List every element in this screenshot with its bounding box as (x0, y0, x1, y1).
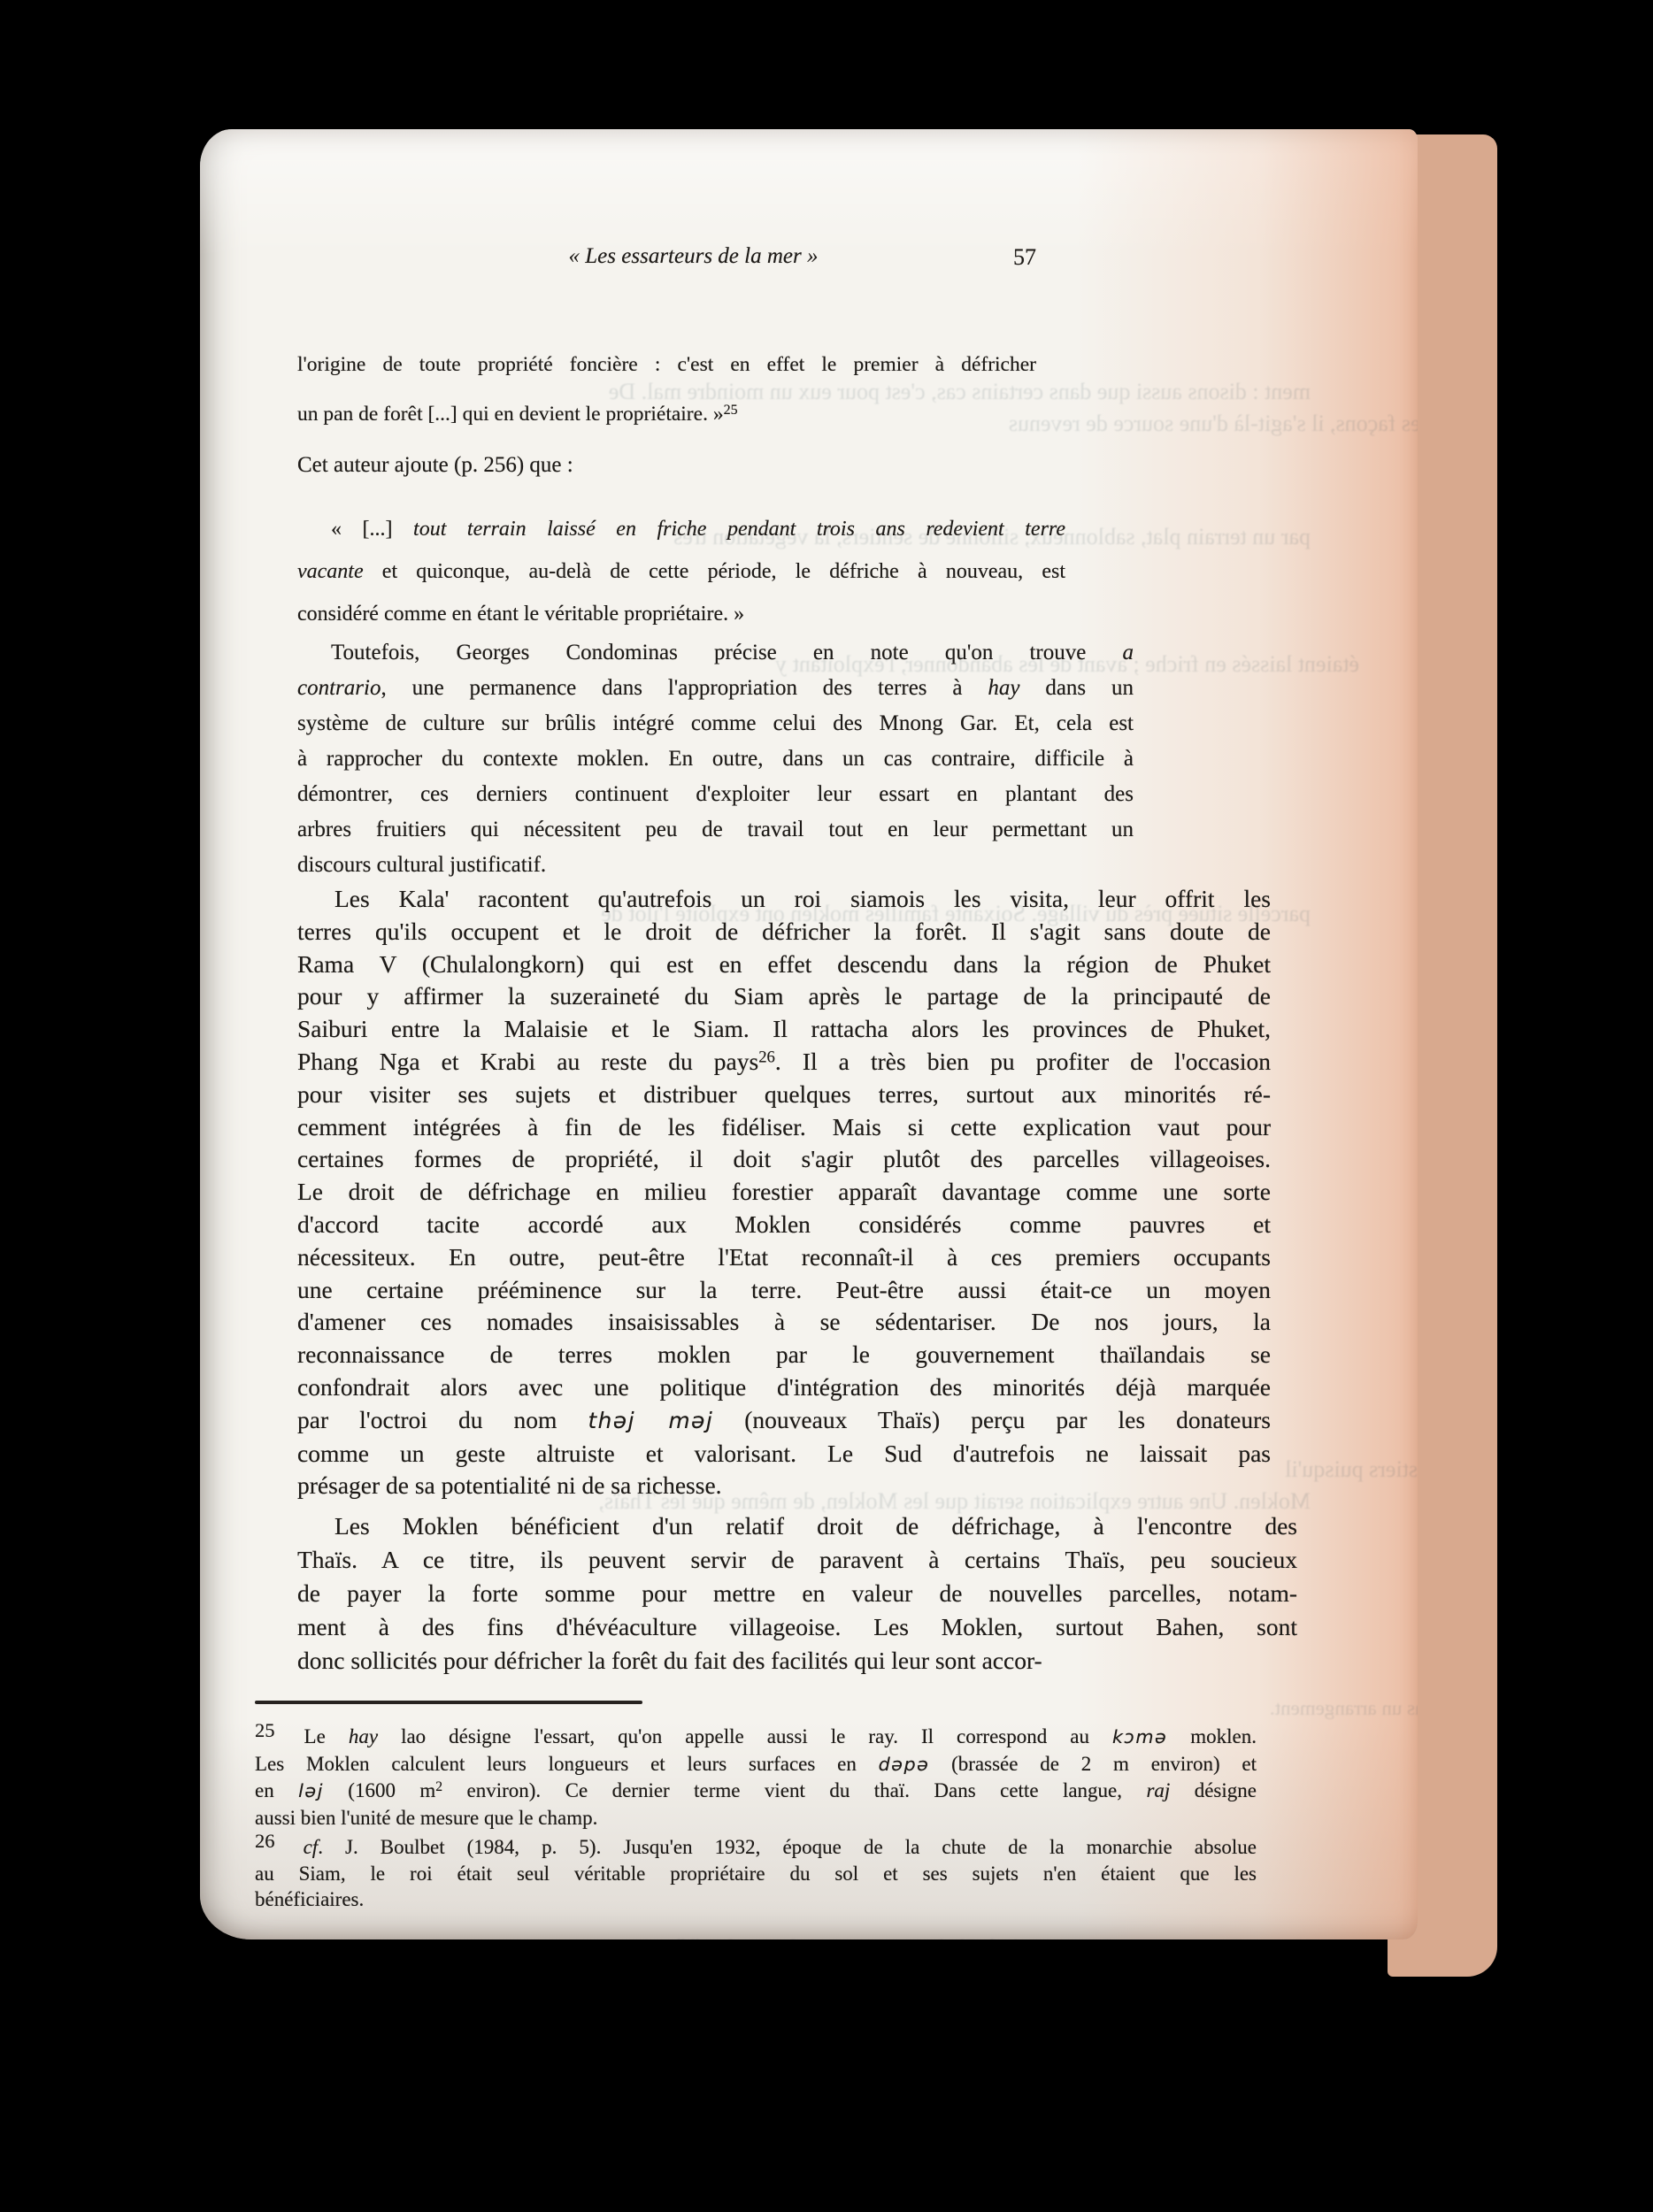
text-line: « [...] tout terrain laissé en friche pe… (297, 508, 1065, 550)
text-line: Thaïs. A ce titre, ils peuvent servir de… (297, 1543, 1297, 1577)
text-line: Les Kala' racontent qu'autrefois un roi … (297, 883, 1271, 916)
text-line: au Siam, le roi était seul véritable pro… (255, 1861, 1257, 1887)
book-page: ment : disons aussi que dans certains ca… (200, 129, 1418, 1939)
text-line: Le droit de défrichage en milieu foresti… (297, 1176, 1271, 1209)
text-line: Les Moklen bénéficient d'un relatif droi… (297, 1509, 1297, 1543)
running-header: « Les essarteurs de la mer » 57 (297, 244, 1036, 274)
text-line: d'accord tacite accordé aux Moklen consi… (297, 1209, 1271, 1241)
text-line: considéré comme en étant le véritable pr… (297, 593, 1065, 635)
text-line: comme un geste altruiste et valorisant. … (297, 1438, 1271, 1471)
text-line: discours cultural justificatif. (297, 848, 1134, 883)
text-line: un pan de forêt [...] qui en devient le … (297, 389, 1036, 439)
paragraph-toutefois: Toutefois, Georges Condominas précise en… (297, 635, 1134, 883)
page-number: 57 (1013, 244, 1036, 271)
text-line: une certaine prééminence sur la terre. P… (297, 1274, 1271, 1307)
paragraph-les-moklen: Les Moklen bénéficient d'un relatif droi… (297, 1509, 1297, 1678)
text-line: présager de sa potentialité ni de sa ric… (297, 1470, 1271, 1502)
text-line: certaines formes de propriété, il doit s… (297, 1143, 1271, 1176)
text-line: ment à des fins d'hévéaculture villageoi… (297, 1610, 1297, 1644)
text-line: Les Moklen calculent leurs longueurs et … (255, 1751, 1257, 1778)
text-line: arbres fruitiers qui nécessitent peu de … (297, 812, 1134, 848)
text-line: à rapprocher du contexte moklen. En outr… (297, 741, 1134, 777)
text-line: pour visiter ses sujets et distribuer qu… (297, 1079, 1271, 1111)
text-line: Nations Environnement Programme), de Phu… (284, 1936, 1311, 1939)
text-line: Rama V (Chulalongkorn) qui est en effet … (297, 949, 1271, 981)
photo-background: { "page": { "running_header": { "title":… (0, 0, 1653, 2212)
text-line: aussi bien l'unité de mesure que le cham… (255, 1805, 1257, 1832)
text-line: pour y affirmer la suzeraineté du Siam a… (297, 980, 1271, 1013)
page-content: « Les essarteurs de la mer » 57 l'origin… (200, 129, 1418, 1916)
text-line: système de culture sur brûlis intégré co… (297, 706, 1134, 741)
paragraph-les-kala: Les Kala' racontent qu'autrefois un roi … (297, 883, 1271, 1502)
text-line: bénéficiaires. (255, 1886, 1257, 1913)
text-line: démontrer, ces derniers continuent d'exp… (297, 777, 1134, 812)
paragraph-continuation: l'origine de toute propriété foncière : … (297, 340, 1036, 439)
text-line: cemment intégrées à fin de les fidéliser… (297, 1111, 1271, 1144)
text-line: l'origine de toute propriété foncière : … (297, 340, 1036, 389)
paragraph-intro-quote: Cet auteur ajoute (p. 256) que : (297, 446, 1036, 485)
text-line: 25 Le hay lao désigne l'essart, qu'on ap… (255, 1724, 1257, 1751)
text-line: 26 cf. J. Boulbet (1984, p. 5). Jusqu'en… (255, 1834, 1257, 1861)
text-line: Phang Nga et Krabi au reste du pays26. I… (297, 1046, 1271, 1079)
text-line: nécessiteux. En outre, peut-être l'Etat … (297, 1241, 1271, 1274)
text-line: d'amener ces nomades insaisissables à se… (297, 1306, 1271, 1339)
text-line: Toutefois, Georges Condominas précise en… (297, 635, 1134, 671)
text-line: par l'octroi du nom thəj məj (nouveaux T… (297, 1404, 1271, 1438)
footnote-25: 25 Le hay lao désigne l'essart, qu'on ap… (255, 1724, 1257, 1831)
footnote-26: 26 cf. J. Boulbet (1984, p. 5). Jusqu'en… (255, 1834, 1257, 1913)
text-line: en ləj (1600 m2 environ). Ce dernier ter… (255, 1778, 1257, 1805)
text-line: donc sollicités pour défricher la forêt … (297, 1644, 1297, 1678)
text-line: terres qu'ils occupent et le droit de dé… (297, 916, 1271, 949)
text-line: reconnaissance de terres moklen par le g… (297, 1339, 1271, 1371)
text-line: contrario, une permanence dans l'appropr… (297, 671, 1134, 706)
footnote-rule (255, 1701, 642, 1704)
text-line: de payer la forte somme pour mettre en v… (297, 1577, 1297, 1610)
text-line: vacante et quiconque, au-delà de cette p… (297, 550, 1065, 593)
page-title: « Les essarteurs de la mer » (297, 244, 1036, 269)
text-line: Saiburi entre la Malaisie et le Siam. Il… (297, 1013, 1271, 1046)
block-quote: « [...] tout terrain laissé en friche pe… (297, 508, 1065, 635)
text-line: confondrait alors avec une politique d'i… (297, 1371, 1271, 1404)
